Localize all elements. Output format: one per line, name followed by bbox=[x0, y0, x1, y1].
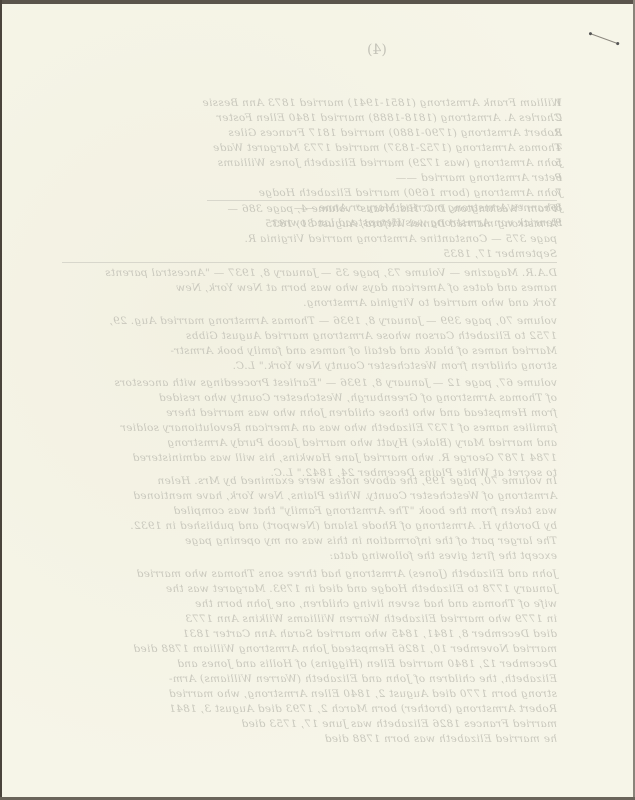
text-line: January 1778 to Elizabeth Hodge and died… bbox=[37, 582, 557, 597]
text-line: December 12, 1840 married Ellen (Higgins… bbox=[37, 657, 557, 672]
divider bbox=[62, 262, 557, 263]
paragraph-2: D.A.R. Magazine — Volume 73, page 35 — J… bbox=[62, 266, 557, 311]
text-line: was taken from the book "The Armstrong F… bbox=[37, 504, 557, 519]
margin-number: 4. bbox=[542, 141, 562, 156]
text-line: he married Elizabeth was born 1788 died bbox=[37, 732, 557, 747]
text-line: York and who married to Virginia Armstro… bbox=[62, 296, 557, 311]
list-line: John Armstrong (born 1690) married Eliza… bbox=[122, 186, 562, 201]
text-line: from Hempstead and who those children Jo… bbox=[37, 406, 557, 421]
list-line: Charles A. Armstrong (1818-1888) married… bbox=[122, 111, 562, 126]
text-line: names and dates of American days who was… bbox=[62, 281, 557, 296]
text-line: In volume 70, page 199, the above notes … bbox=[37, 474, 557, 489]
text-line: except the first gives the following dat… bbox=[37, 549, 557, 564]
text-line: page 375 — Constantine Armstrong married… bbox=[207, 232, 557, 247]
page-number: (4) bbox=[367, 42, 387, 58]
text-line: From "Washington, D.C. Historians" volum… bbox=[207, 202, 557, 217]
text-line: married Frances 1826 Elizabeth was June … bbox=[37, 717, 557, 732]
text-line: September 17, 1835 bbox=[207, 247, 557, 262]
text-line: married November 10, 1826 Hempstead John… bbox=[37, 642, 557, 657]
text-line: Elizabeth, the children of John and Eliz… bbox=[37, 672, 557, 687]
text-line: 1752 to Elizabeth Carson whose Armstrong… bbox=[47, 329, 557, 344]
text-line: families names of 1737 Elizabeth who was… bbox=[37, 421, 557, 436]
text-line: 1784 1787 George R. who married Jane Haw… bbox=[37, 451, 557, 466]
text-line: died December 8, 1841, 1845 who married … bbox=[37, 627, 557, 642]
text-line: of Thomas Armstrong of Greenburgh, Westc… bbox=[37, 391, 557, 406]
margin-number: 6. bbox=[542, 171, 562, 186]
staple-mark bbox=[590, 33, 619, 44]
list-line: William Frank Armstrong (1851-1941) marr… bbox=[122, 96, 562, 111]
text-line: The larger part of the information in th… bbox=[37, 534, 557, 549]
margin-number: 1. bbox=[542, 96, 562, 111]
paragraph-4: volume 67, page 12 — January 8, 1936 — "… bbox=[37, 376, 557, 481]
margin-number: 5. bbox=[542, 156, 562, 171]
text-line: Armstrong of Westchester County. White P… bbox=[37, 489, 557, 504]
margin-number: 7. bbox=[542, 186, 562, 201]
text-line: strong born 1770 died August 2, 1840 Ell… bbox=[37, 687, 557, 702]
list-line: Peter Armstrong married —— bbox=[122, 171, 562, 186]
paragraph-6: John and Elizabeth (Jones) Armstrong had… bbox=[37, 567, 557, 747]
text-line: by Dorothy H. Armstrong of Rhode Island … bbox=[37, 519, 557, 534]
paragraph-3: volume 70, page 399 — January 8, 1936 — … bbox=[47, 314, 557, 374]
text-line: Robert Armstrong (brother) born March 2,… bbox=[37, 702, 557, 717]
margin-number: 2. bbox=[542, 111, 562, 126]
text-line: strong children from Westchester County … bbox=[47, 359, 557, 374]
list-line: John Armstrong (was 1729) married Elizab… bbox=[122, 156, 562, 171]
divider bbox=[207, 200, 557, 201]
text-line: volume 70, page 399 — January 8, 1936 — … bbox=[47, 314, 557, 329]
paragraph-1: From "Washington, D.C. Historians" volum… bbox=[207, 202, 557, 262]
document-page: (4) William Frank Armstrong (1851-1941) … bbox=[2, 4, 633, 797]
text-line: D.A.R. Magazine — Volume 73, page 35 — J… bbox=[62, 266, 557, 281]
text-line: in 1779 who married Elizabeth Warren Wil… bbox=[37, 612, 557, 627]
text-line: Armstrong married Daniel Wilford, August… bbox=[207, 217, 557, 232]
list-line: Thomas Armstrong (1752-1837) married 177… bbox=[122, 141, 562, 156]
text-line: Married names of black and detail of nam… bbox=[47, 344, 557, 359]
margin-number: 3. bbox=[542, 126, 562, 141]
text-line: John and Elizabeth (Jones) Armstrong had… bbox=[37, 567, 557, 582]
text-line: and married Mary (Blake) Hyatt who marri… bbox=[37, 436, 557, 451]
text-line: volume 67, page 12 — January 8, 1936 — "… bbox=[37, 376, 557, 391]
list-line: Robert Armstrong (1790-1880) married 181… bbox=[122, 126, 562, 141]
paragraph-5: In volume 70, page 199, the above notes … bbox=[37, 474, 557, 564]
text-line: wife of Thomas and had seven living chil… bbox=[37, 597, 557, 612]
